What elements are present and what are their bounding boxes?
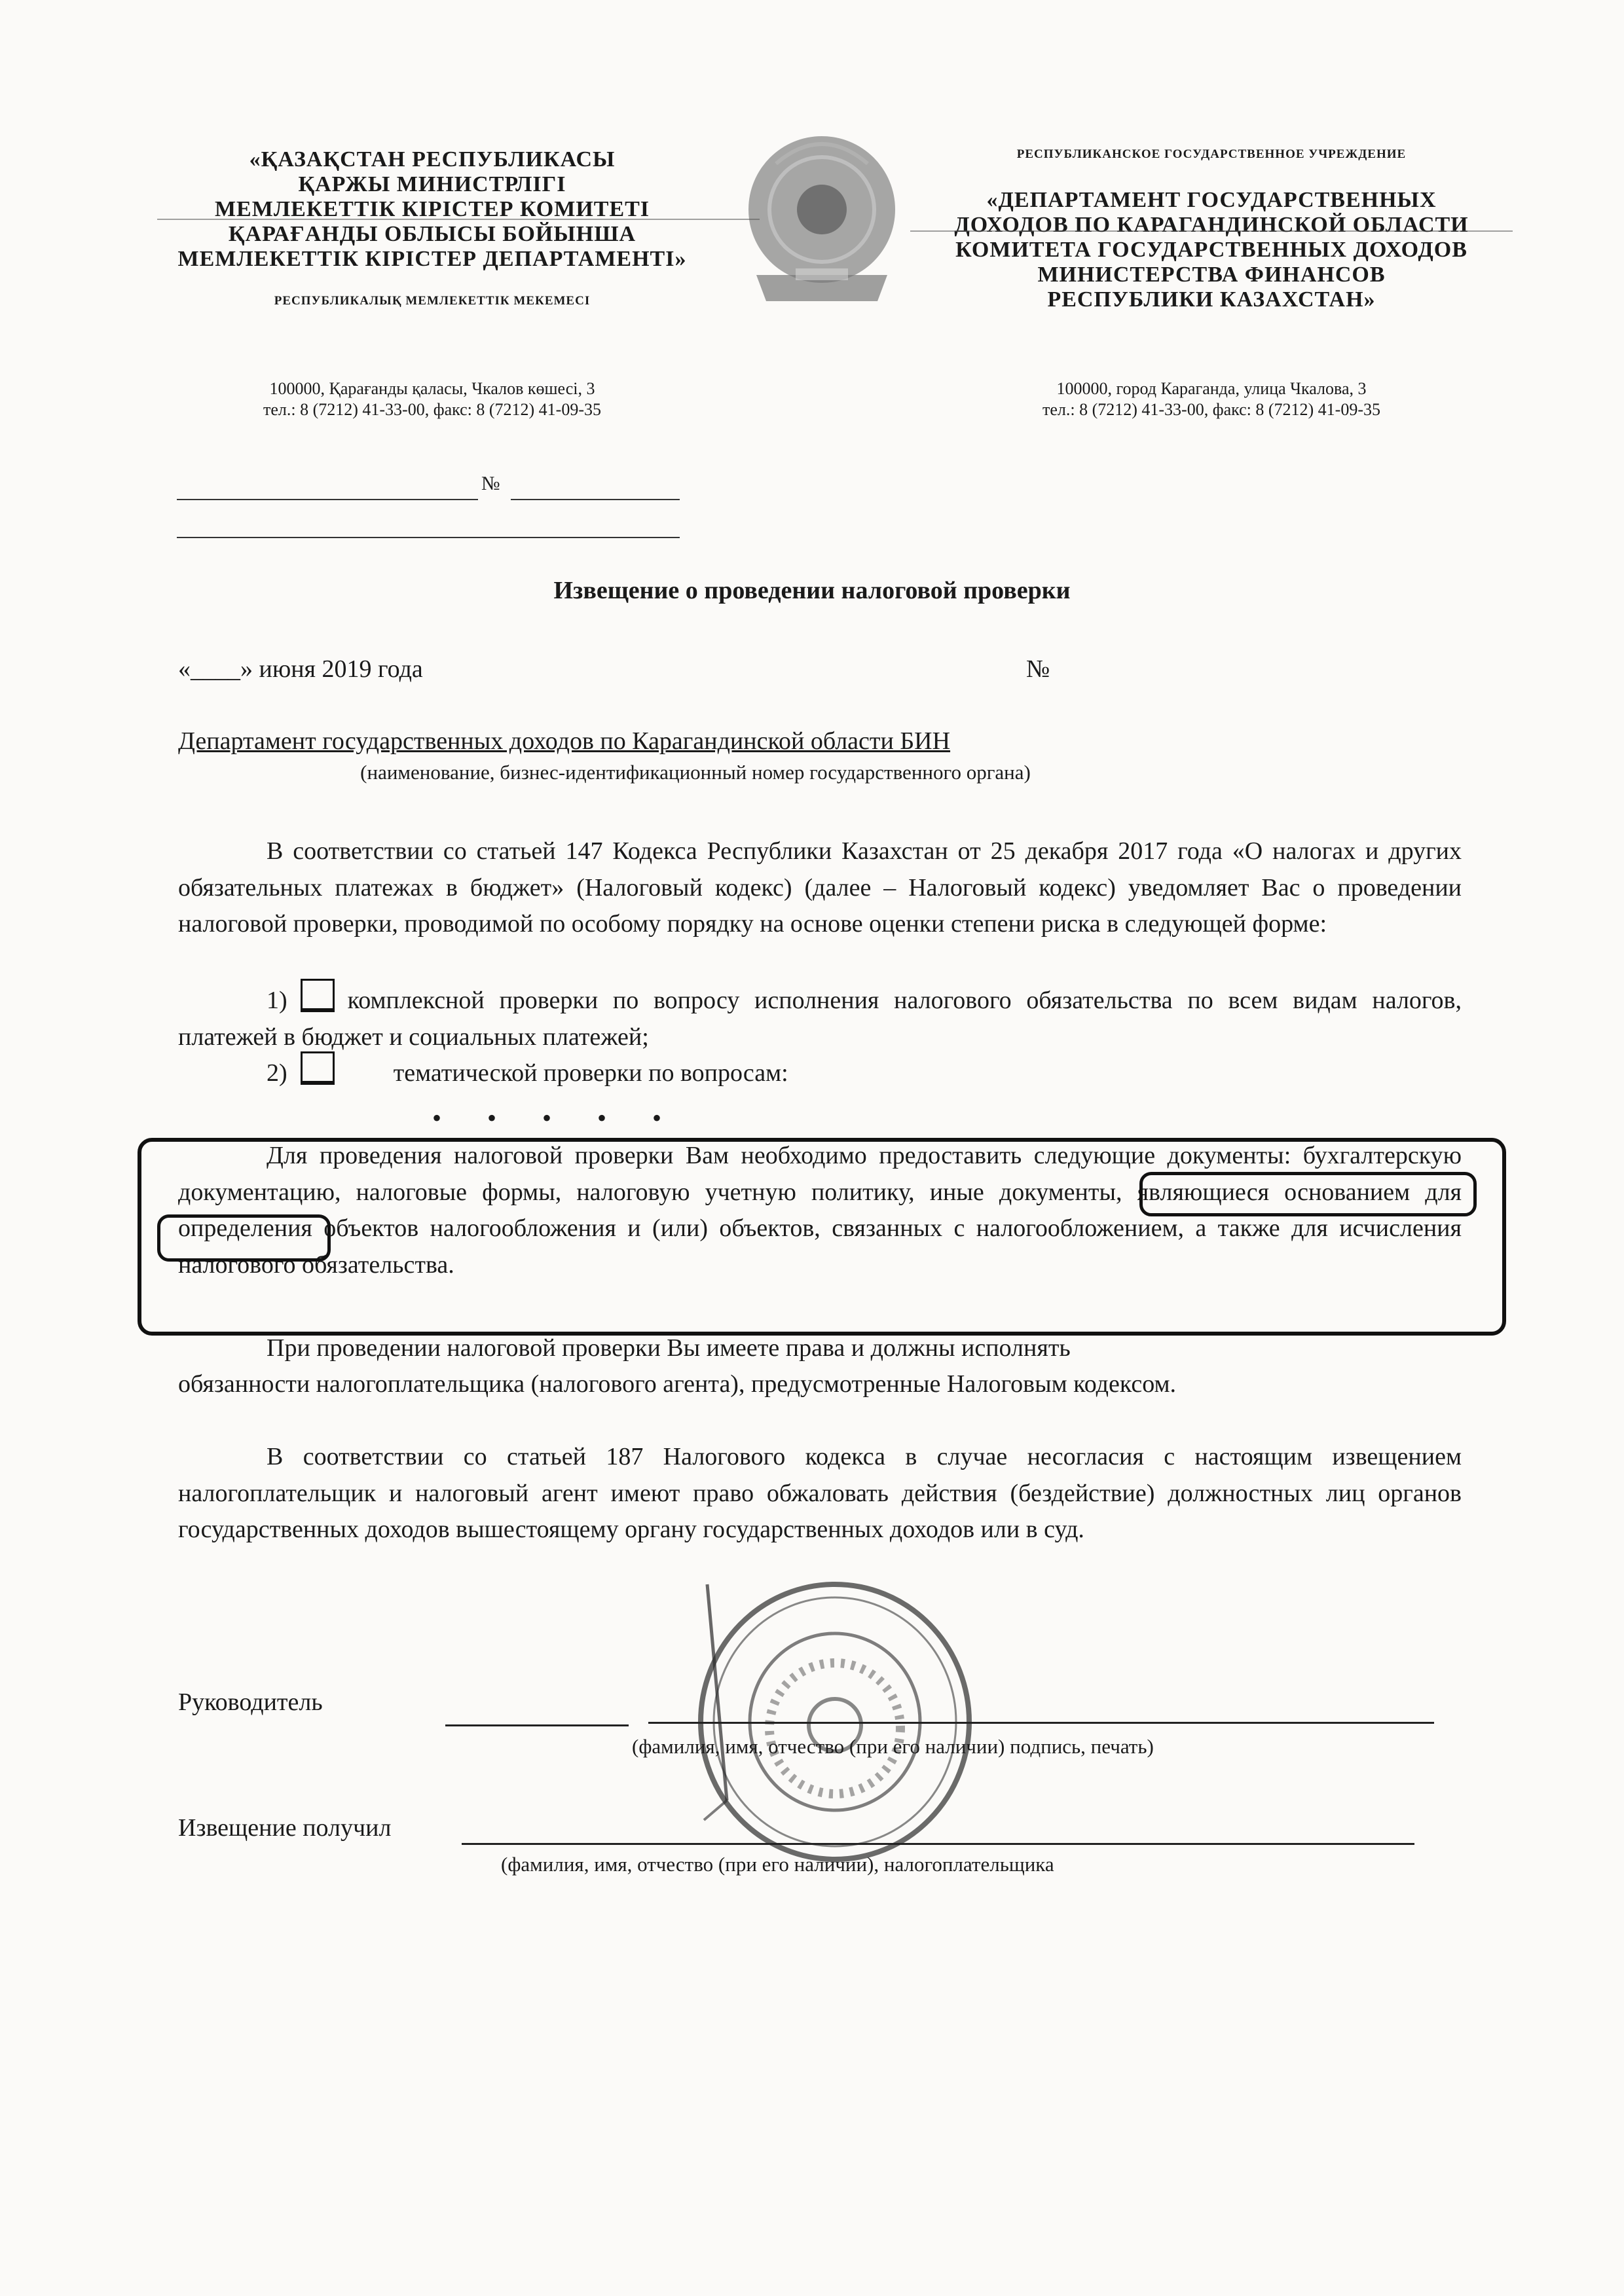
document-title: Извещение о проведении налоговой проверк… (0, 576, 1624, 605)
head-label: Руководитель (178, 1688, 323, 1717)
header-right-title-line: МИНИСТЕРСТВА ФИНАНСОВ (930, 263, 1493, 287)
scan-artifact-line (157, 219, 760, 220)
option-thematic-audit: 2)тематической проверки по вопросам: (178, 1051, 1462, 1092)
highlighted-tax-accounting-policy: налоговую учетную политику, (576, 1178, 914, 1206)
paragraph-rights-rest: обязанности налогоплательщика (налоговог… (178, 1366, 1462, 1403)
paragraph-legal-basis: В соответствии со статьей 147 Кодекса Ре… (178, 833, 1462, 943)
notice-number-sign: № (1026, 655, 1050, 683)
header-left-title-line: МЕМЛЕКЕТТІК КІРІСТЕР ДЕПАРТАМЕНТІ» (164, 247, 701, 272)
reg-extra-line[interactable] (177, 537, 680, 538)
option-1-text: комплексной проверки по вопросу исполнен… (178, 987, 1462, 1051)
header-right-address: 100000, город Караганда, улица Чкалова, … (930, 378, 1493, 399)
head-signature-line[interactable] (648, 1722, 1434, 1724)
option-2-text: тематической проверки по вопросам: (394, 1059, 788, 1087)
header-left-title-line: «ҚАЗАҚСТАН РЕСПУБЛИКАСЫ (164, 147, 701, 172)
header-right-phone: тел.: 8 (7212) 41-33-00, факс: 8 (7212) … (930, 399, 1493, 420)
header-left-subtitle: РЕСПУБЛИКАЛЫҚ МЕМЛЕКЕТТІК МЕКЕМЕСІ (164, 294, 701, 308)
authority-name: Департамент государственных доходов по К… (178, 723, 1462, 760)
highlight-oval-tax-policy-1 (1139, 1172, 1477, 1216)
option-1-number: 1) (267, 987, 287, 1014)
header-right-title-line: РЕСПУБЛИКИ КАЗАХСТАН» (930, 287, 1493, 312)
state-emblem-icon (730, 124, 913, 321)
received-label: Извещение получил (178, 1813, 391, 1842)
scan-artifact-line (910, 230, 1513, 232)
header-left-title-line: ҚАРАҒАНДЫ ОБЛЫСЫ БОЙЫНША (164, 222, 701, 247)
header-right-title-line: КОМИТЕТА ГОСУДАРСТВЕННЫХ ДОХОДОВ (930, 238, 1493, 263)
header-right-title-line: «ДЕПАРТАМЕНТ ГОСУДАРСТВЕННЫХ (930, 188, 1493, 213)
date-row: «____» июня 2019 года № (178, 655, 1455, 683)
head-signature-line-short[interactable] (445, 1724, 629, 1726)
paragraph-rights-line1: При проведении налоговой проверки Вы име… (178, 1330, 1462, 1367)
header-left-kazakh: «ҚАЗАҚСТАН РЕСПУБЛИКАСЫ ҚАРЖЫ МИНИСТРЛІГ… (164, 147, 701, 308)
header-left-address: 100000, Қарағанды қаласы, Чкалов көшесі,… (164, 378, 701, 399)
authority-caption: (наименование, бизнес-идентификационный … (178, 761, 1213, 784)
header-right-russian: РЕСПУБЛИКАНСКОЕ ГОСУДАРСТВЕННОЕ УЧРЕЖДЕН… (930, 147, 1493, 312)
thematic-questions-placeholder: • • • • • (432, 1102, 681, 1133)
header-left-contacts: 100000, Қарағанды қаласы, Чкалов көшесі,… (164, 378, 701, 420)
head-caption: (фамилия, имя, отчество (при его наличии… (632, 1735, 1154, 1758)
date-month-year: » июня 2019 года (240, 655, 423, 683)
reg-number-line[interactable] (511, 499, 680, 500)
date-open-quote: « (178, 655, 191, 683)
date-day-field[interactable]: ____ (191, 655, 240, 683)
highlight-oval-tax-policy-2 (157, 1214, 331, 1262)
option-2-number: 2) (267, 1059, 287, 1087)
option-2-checkbox[interactable] (301, 1051, 335, 1085)
header-right-title-line: ДОХОДОВ ПО КАРАГАНДИНСКОЙ ОБЛАСТИ (930, 213, 1493, 238)
header-right-contacts: 100000, город Караганда, улица Чкалова, … (930, 378, 1493, 420)
reg-date-line[interactable] (177, 499, 478, 500)
reg-number-sign: № (481, 473, 500, 495)
paragraph-appeal-rights: В соответствии со статьей 187 Налогового… (178, 1439, 1462, 1548)
received-caption: (фамилия, имя, отчество (при его наличии… (501, 1853, 1054, 1876)
received-signature-line[interactable] (462, 1843, 1414, 1845)
option-1-checkbox[interactable] (301, 979, 335, 1012)
header-right-subtitle: РЕСПУБЛИКАНСКОЕ ГОСУДАРСТВЕННОЕ УЧРЕЖДЕН… (930, 147, 1493, 162)
header-left-phone: тел.: 8 (7212) 41-33-00, факс: 8 (7212) … (164, 399, 701, 420)
header-left-title-line: ҚАРЖЫ МИНИСТРЛІГІ (164, 172, 701, 197)
option-comprehensive-audit: 1)комплексной проверки по вопросу исполн… (178, 979, 1462, 1055)
